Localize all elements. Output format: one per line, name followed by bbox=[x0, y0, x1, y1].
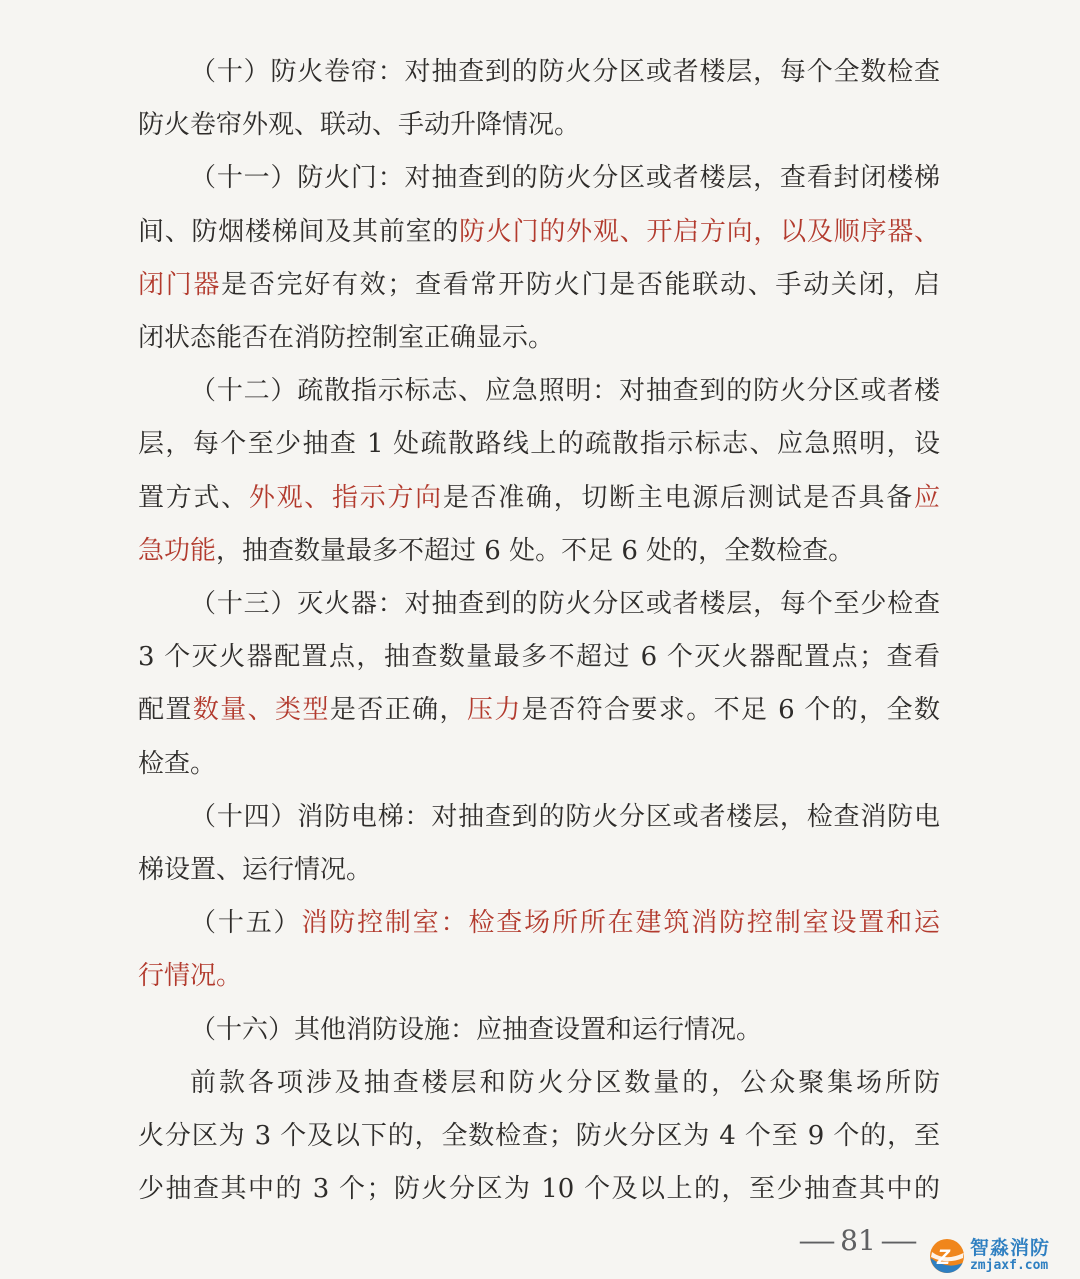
text-run: 前款各项涉及抽查楼层和防火分区数量的，公众聚集场所防 bbox=[190, 1068, 940, 1098]
highlighted-text-run: 外观、指示方向 bbox=[249, 483, 443, 513]
text-run: 防火卷帘外观、联动、手动升降情况。 bbox=[138, 110, 580, 140]
text-line: 急功能，抽查数量最多不超过 6 处。不足 6 处的，全数检查。 bbox=[138, 525, 940, 578]
text-run: （十一）防火门：对抽查到的防火分区或者楼层，查看封闭楼梯 bbox=[190, 163, 940, 193]
text-run: 置方式、 bbox=[138, 483, 249, 513]
highlighted-text-run: 消防控制室：检查场所所在建筑消防控制室设置和运 bbox=[301, 908, 940, 938]
highlighted-text-run: 防火门的外观、开启方向，以及顺序器、 bbox=[459, 217, 940, 247]
text-run: 配置 bbox=[138, 695, 193, 725]
paragraph-1: （十）防火卷帘：对抽查到的防火分区或者楼层，每个全数检查防火卷帘外观、联动、手动… bbox=[138, 46, 940, 152]
footer-right-dash: — bbox=[880, 1224, 918, 1257]
paragraph-7: （十六）其他消防设施：应抽查设置和运行情况。 bbox=[138, 1004, 940, 1057]
highlighted-text-run: 压力 bbox=[467, 695, 522, 725]
page-number: 81 bbox=[840, 1224, 876, 1257]
svg-text:Z: Z bbox=[936, 1246, 951, 1269]
text-line: 火分区为 3 个及以下的，全数检查；防火分区为 4 个至 9 个的，至 bbox=[138, 1110, 940, 1163]
text-run: （十）防火卷帘：对抽查到的防火分区或者楼层，每个全数检查 bbox=[190, 57, 940, 87]
paragraph-8: 前款各项涉及抽查楼层和防火分区数量的，公众聚集场所防火分区为 3 个及以下的，全… bbox=[138, 1057, 940, 1217]
text-run: 火分区为 3 个及以下的，全数检查；防火分区为 4 个至 9 个的，至 bbox=[138, 1121, 940, 1151]
text-line: 前款各项涉及抽查楼层和防火分区数量的，公众聚集场所防 bbox=[138, 1057, 940, 1110]
text-run: 少抽查其中的 3 个；防火分区为 10 个及以上的，至少抽查其中的 bbox=[138, 1174, 940, 1204]
text-line: 3 个灭火器配置点，抽查数量最多不超过 6 个灭火器配置点；查看 bbox=[138, 631, 940, 684]
text-line: （十二）疏散指示标志、应急照明：对抽查到的防火分区或者楼 bbox=[138, 365, 940, 418]
highlighted-text-run: 应 bbox=[914, 483, 940, 513]
text-run: 是否正确， bbox=[330, 695, 467, 725]
text-run: （十五） bbox=[190, 908, 301, 938]
highlighted-text-run: 急功能 bbox=[138, 536, 216, 566]
text-run: 是否符合要求。不足 6 个的，全数 bbox=[522, 695, 940, 725]
text-run: （十二）疏散指示标志、应急照明：对抽查到的防火分区或者楼 bbox=[190, 376, 940, 406]
text-line: 间、防烟楼梯间及其前室的防火门的外观、开启方向，以及顺序器、 bbox=[138, 206, 940, 259]
text-run: 闭状态能否在消防控制室正确显示。 bbox=[138, 323, 554, 353]
highlighted-text-run: 行情况。 bbox=[138, 961, 242, 991]
footer-left-dash: — bbox=[798, 1224, 836, 1257]
text-line: 闭状态能否在消防控制室正确显示。 bbox=[138, 312, 940, 365]
paragraph-5: （十四）消防电梯：对抽查到的防火分区或者楼层，检查消防电梯设置、运行情况。 bbox=[138, 791, 940, 897]
text-run: 间、防烟楼梯间及其前室的 bbox=[138, 217, 459, 247]
text-run: 梯设置、运行情况。 bbox=[138, 855, 372, 885]
text-line: 行情况。 bbox=[138, 950, 940, 1003]
page-footer: — 81 — bbox=[790, 1224, 926, 1257]
paragraph-6: （十五）消防控制室：检查场所所在建筑消防控制室设置和运行情况。 bbox=[138, 897, 940, 1003]
text-line: 梯设置、运行情况。 bbox=[138, 844, 940, 897]
watermark: Z 智淼消防 zmjaxf.com bbox=[929, 1238, 1050, 1274]
text-line: 配置数量、类型是否正确，压力是否符合要求。不足 6 个的，全数 bbox=[138, 684, 940, 737]
text-run: 层，每个至少抽查 1 处疏散路线上的疏散指示标志、应急照明，设 bbox=[138, 429, 940, 459]
paragraph-2: （十一）防火门：对抽查到的防火分区或者楼层，查看封闭楼梯间、防烟楼梯间及其前室的… bbox=[138, 152, 940, 365]
text-line: （十三）灭火器：对抽查到的防火分区或者楼层，每个至少检查 bbox=[138, 578, 940, 631]
text-line: （十）防火卷帘：对抽查到的防火分区或者楼层，每个全数检查 bbox=[138, 46, 940, 99]
text-line: 闭门器是否完好有效；查看常开防火门是否能联动、手动关闭，启 bbox=[138, 259, 940, 312]
text-run: 是否完好有效；查看常开防火门是否能联动、手动关闭，启 bbox=[221, 270, 940, 300]
text-line: （十六）其他消防设施：应抽查设置和运行情况。 bbox=[138, 1004, 940, 1057]
paragraph-3: （十二）疏散指示标志、应急照明：对抽查到的防火分区或者楼层，每个至少抽查 1 处… bbox=[138, 365, 940, 578]
text-line: （十四）消防电梯：对抽查到的防火分区或者楼层，检查消防电 bbox=[138, 791, 940, 844]
text-run: 3 个灭火器配置点，抽查数量最多不超过 6 个灭火器配置点；查看 bbox=[138, 642, 940, 672]
text-run: ，抽查数量最多不超过 6 处。不足 6 处的，全数检查。 bbox=[216, 536, 854, 566]
text-run: 检查。 bbox=[138, 749, 216, 779]
watermark-domain: zmjaxf.com bbox=[970, 1259, 1050, 1273]
text-run: 是否准确，切断主电源后测试是否具备 bbox=[443, 483, 914, 513]
highlighted-text-run: 闭门器 bbox=[138, 270, 221, 300]
text-line: （十五）消防控制室：检查场所所在建筑消防控制室设置和运 bbox=[138, 897, 940, 950]
highlighted-text-run: 数量、类型 bbox=[193, 695, 330, 725]
text-line: 层，每个至少抽查 1 处疏散路线上的疏散指示标志、应急照明，设 bbox=[138, 418, 940, 471]
text-run: （十六）其他消防设施：应抽查设置和运行情况。 bbox=[190, 1015, 762, 1045]
text-run: （十三）灭火器：对抽查到的防火分区或者楼层，每个至少检查 bbox=[190, 589, 940, 619]
text-line: 置方式、外观、指示方向是否准确，切断主电源后测试是否具备应 bbox=[138, 472, 940, 525]
text-line: 少抽查其中的 3 个；防火分区为 10 个及以上的，至少抽查其中的 bbox=[138, 1163, 940, 1216]
watermark-brand-name: 智淼消防 bbox=[970, 1239, 1050, 1260]
zhimiao-logo-icon: Z bbox=[929, 1238, 965, 1274]
document-body: （十）防火卷帘：对抽查到的防火分区或者楼层，每个全数检查防火卷帘外观、联动、手动… bbox=[138, 46, 940, 1216]
text-line: （十一）防火门：对抽查到的防火分区或者楼层，查看封闭楼梯 bbox=[138, 152, 940, 205]
text-line: 防火卷帘外观、联动、手动升降情况。 bbox=[138, 99, 940, 152]
page: { "page": { "background_color": "#f6f5f2… bbox=[0, 0, 1080, 1279]
watermark-text: 智淼消防 zmjaxf.com bbox=[970, 1239, 1050, 1274]
paragraph-4: （十三）灭火器：对抽查到的防火分区或者楼层，每个至少检查3 个灭火器配置点，抽查… bbox=[138, 578, 940, 791]
text-line: 检查。 bbox=[138, 738, 940, 791]
text-run: （十四）消防电梯：对抽查到的防火分区或者楼层，检查消防电 bbox=[190, 802, 940, 832]
